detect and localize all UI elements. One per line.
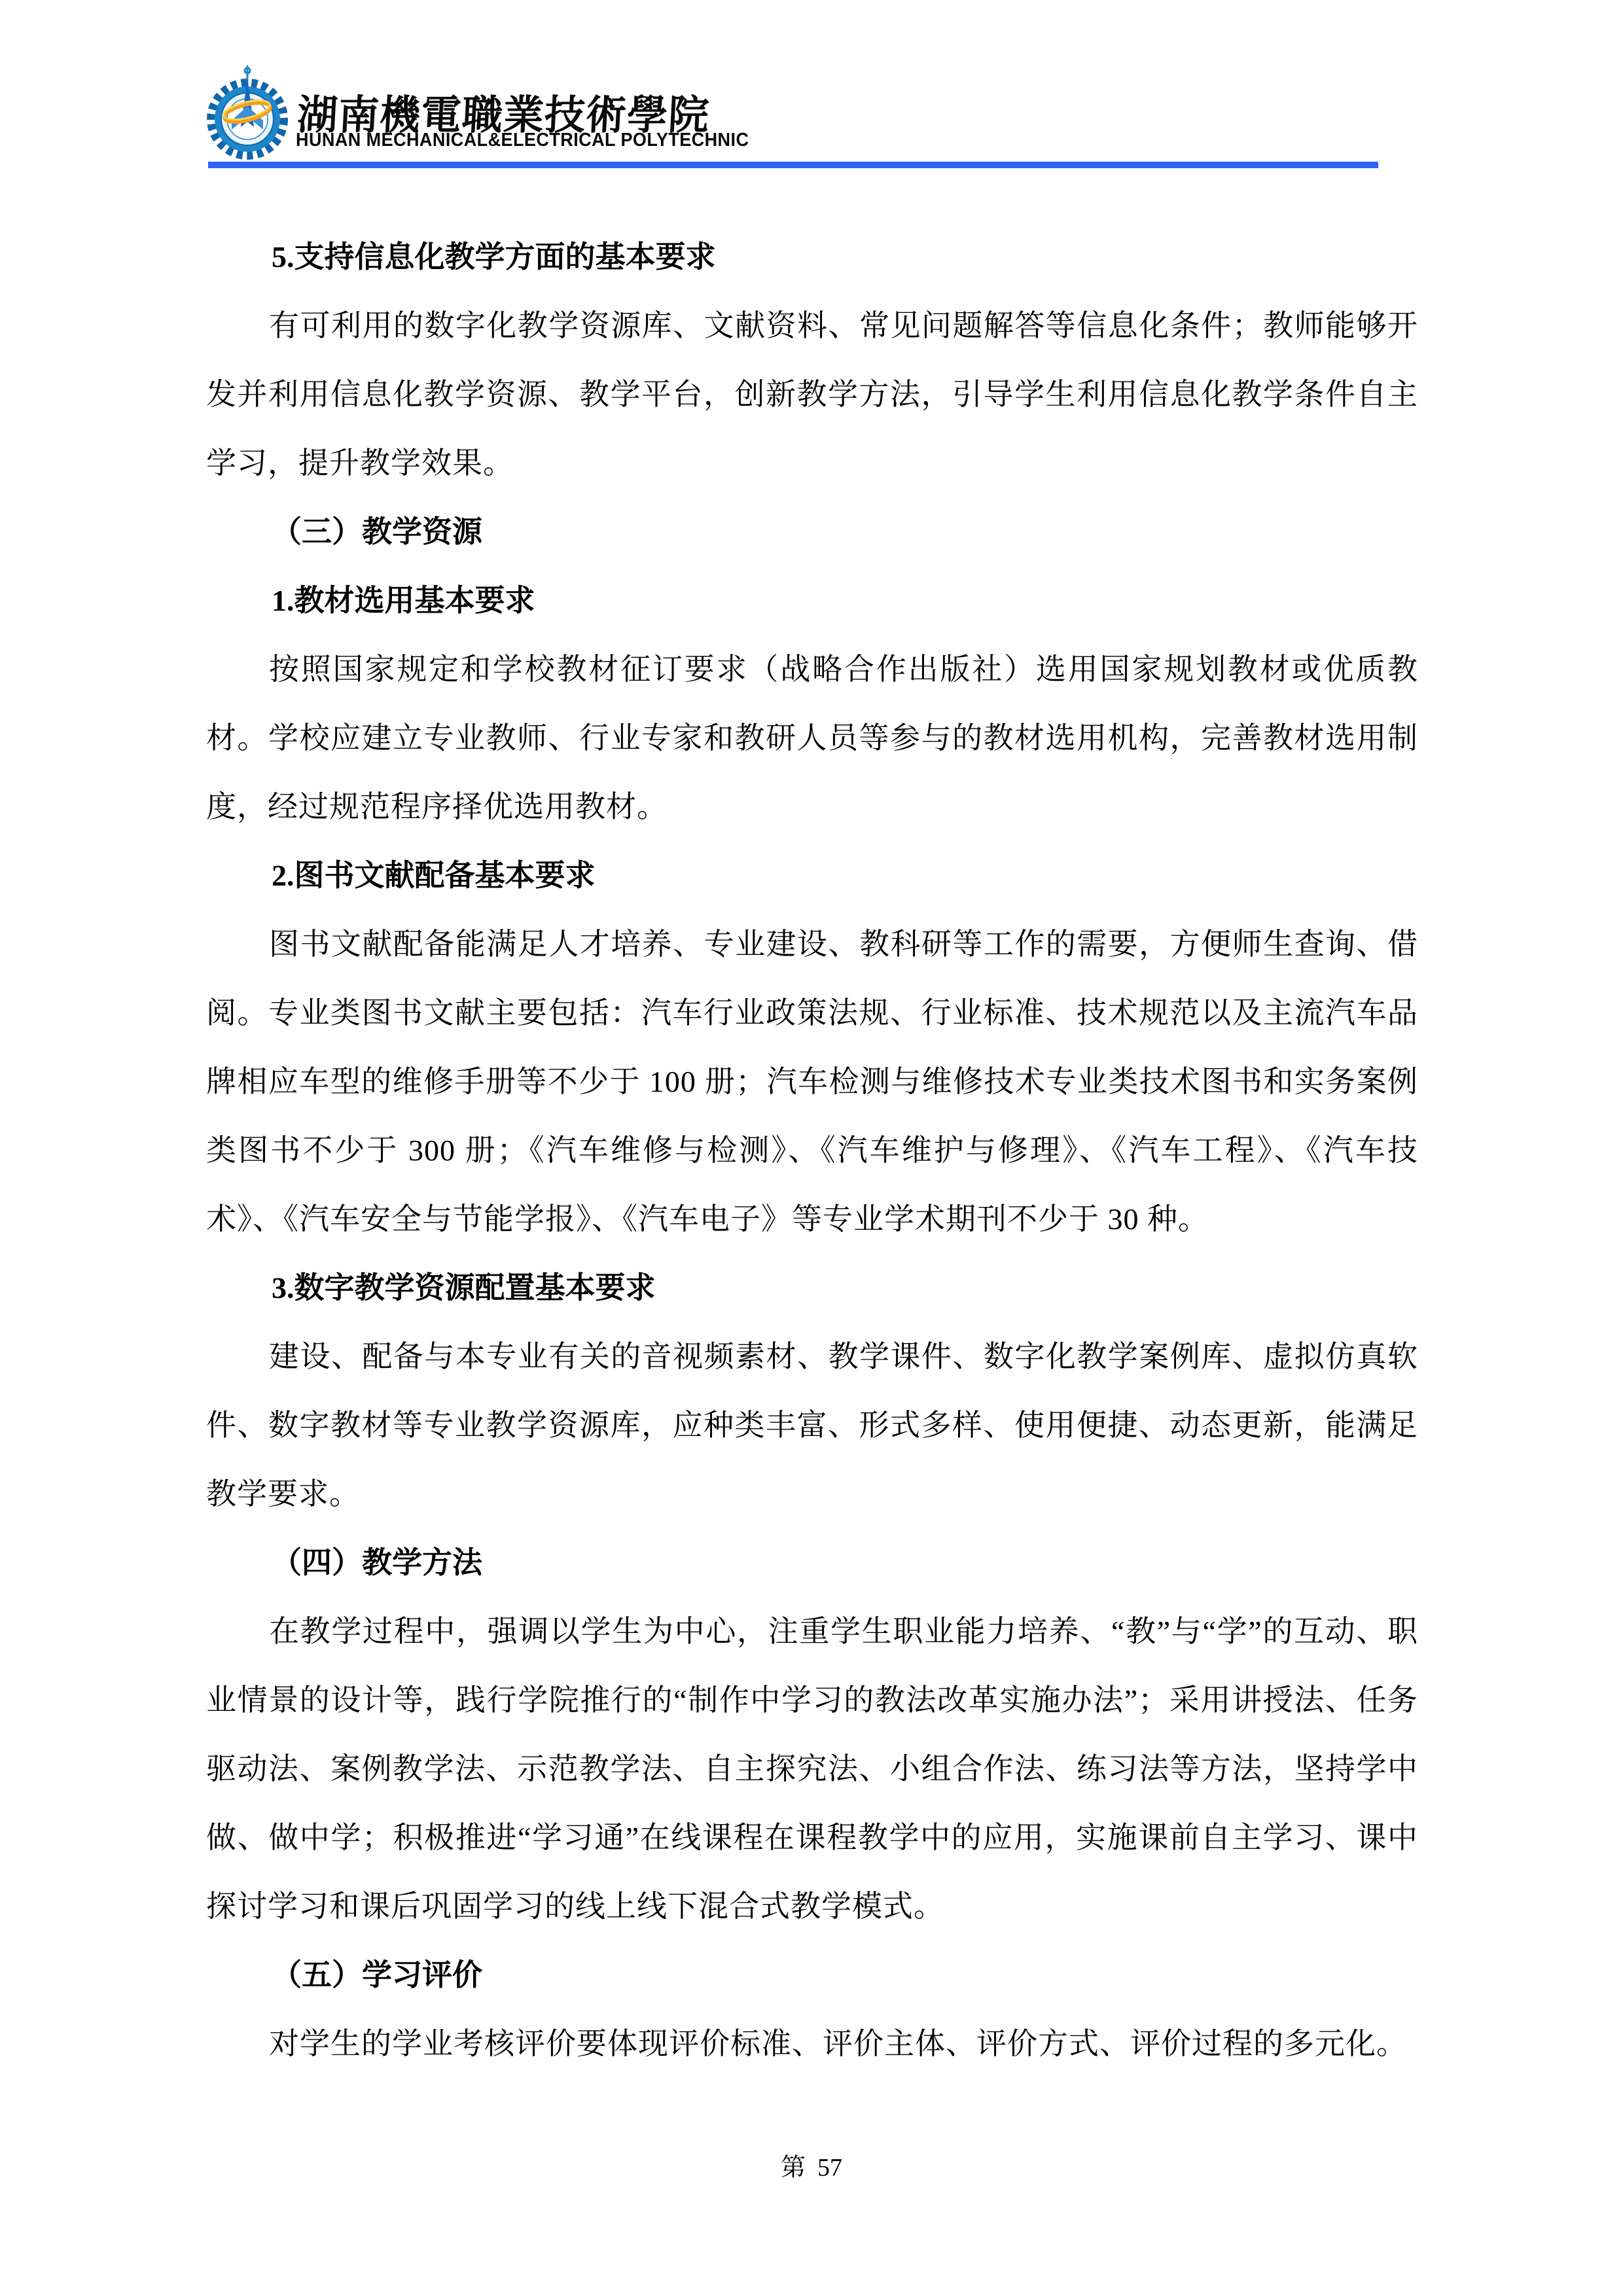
page-number: 57 xyxy=(817,2153,842,2182)
paragraph: 图书文献配备能满足人才培养、专业建设、教科研等工作的需要，方便师生查询、借阅。专… xyxy=(206,910,1418,1253)
section-heading: 5.支持信息化教学方面的基本要求 xyxy=(206,223,1418,291)
section-heading: （三）教学资源 xyxy=(206,497,1418,566)
paragraph: 建设、配备与本专业有关的音视频素材、教学课件、数字化教学案例库、虚拟仿真软件、数… xyxy=(206,1322,1418,1528)
section-heading: 2.图书文献配备基本要求 xyxy=(206,841,1418,910)
section-heading: 1.教材选用基本要求 xyxy=(206,566,1418,635)
page-footer: 第57 xyxy=(0,2147,1623,2183)
section-heading: 3.数字教学资源配置基本要求 xyxy=(206,1253,1418,1322)
paragraph: 按照国家规定和学校教材征订要求（战略合作出版社）选用国家规划教材或优质教材。学校… xyxy=(206,635,1418,841)
section-heading: （五）学习评价 xyxy=(206,1941,1418,2009)
page-number-prefix: 第 xyxy=(781,2154,806,2181)
paragraph: 对学生的学业考核评价要体现评价标准、评价主体、评价方式、评价过程的多元化。 xyxy=(206,2009,1418,2078)
document-page: 湖南機電職業技術學院 HUNAN MECHANICAL&ELECTRICAL P… xyxy=(0,0,1623,2296)
school-logo-icon xyxy=(205,64,289,161)
paragraph: 有可利用的数字化教学资源库、文献资料、常见问题解答等信息化条件；教师能够开发并利… xyxy=(206,291,1418,497)
school-name-english: HUNAN MECHANICAL&ELECTRICAL POLYTECHNIC xyxy=(296,130,749,151)
header-divider-bar xyxy=(208,162,1378,168)
section-heading: （四）教学方法 xyxy=(206,1528,1418,1597)
paragraph: 在教学过程中，强调以学生为中心，注重学生职业能力培养、“教”与“学”的互动、职业… xyxy=(206,1597,1418,1941)
document-body: 5.支持信息化教学方面的基本要求有可利用的数字化教学资源库、文献资料、常见问题解… xyxy=(206,223,1418,2078)
